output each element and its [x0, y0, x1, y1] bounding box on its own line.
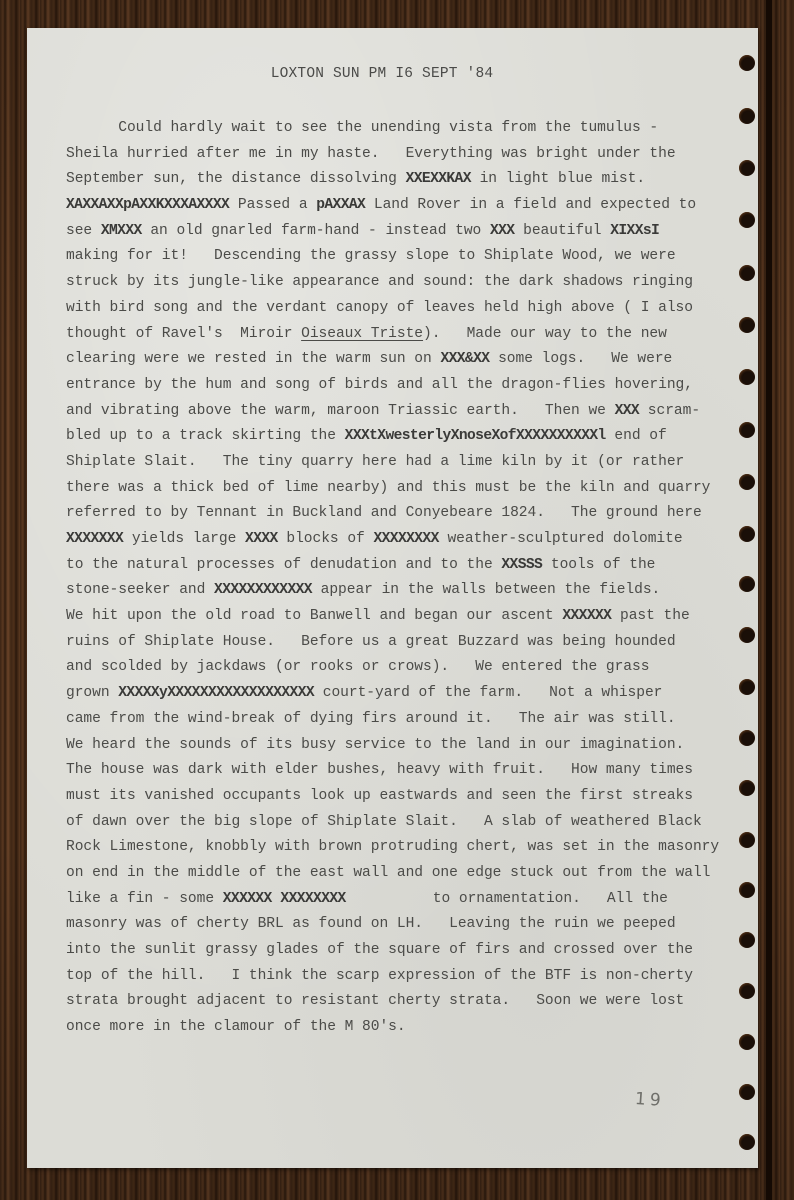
typed-line: top of the hill. I think the scarp expre…: [66, 964, 746, 990]
struck-out-text: XAXXAXXpAXXKXXXAXXXX: [66, 197, 229, 213]
struck-out-text: XXXXXXXXXXXX: [214, 582, 312, 598]
typed-line: strata brought adjacent to resistant che…: [66, 989, 746, 1015]
typed-line: to the natural processes of denudation a…: [66, 553, 746, 579]
typed-line: came from the wind-break of dying firs a…: [66, 707, 746, 733]
struck-out-text: XXXXXyXXXXXXXXXXXXXXXXXX: [118, 685, 314, 701]
typed-line: into the sunlit grassy glades of the squ…: [66, 938, 746, 964]
typed-line: masonry was of cherty BRL as found on LH…: [66, 912, 746, 938]
page-heading: LOXTON SUN PM I6 SEPT '84: [0, 66, 794, 82]
typed-line: stone-seeker and XXXXXXXXXXXX appear in …: [66, 578, 746, 604]
typed-line: on end in the middle of the east wall an…: [66, 861, 746, 887]
typed-line: Could hardly wait to see the unending vi…: [66, 116, 746, 142]
typed-line: of dawn over the big slope of Shiplate S…: [66, 810, 746, 836]
page-heading-text: LOXTON SUN PM I6 SEPT '84: [271, 66, 494, 82]
struck-out-text: XXXXXXX: [66, 531, 123, 547]
typed-line: with bird song and the verdant canopy of…: [66, 296, 746, 322]
struck-out-text: XXXXXXXX: [280, 891, 345, 907]
typed-line: see XMXXX an old gnarled farm-hand - ins…: [66, 219, 746, 245]
typed-line: grown XXXXXyXXXXXXXXXXXXXXXXXX court-yar…: [66, 681, 746, 707]
struck-out-text: XXXXXX: [223, 891, 272, 907]
wood-plank-gap: [766, 0, 772, 1200]
struck-out-text: XXXX: [245, 531, 278, 547]
typed-line: once more in the clamour of the M 80's.: [66, 1015, 746, 1041]
typed-line: like a fin - some XXXXXX XXXXXXXX to orn…: [66, 887, 746, 913]
typed-line: must its vanished occupants look up east…: [66, 784, 746, 810]
struck-out-text: XXEXXKAX: [406, 171, 471, 187]
typed-line: thought of Ravel's Miroir Oiseaux Triste…: [66, 322, 746, 348]
struck-out-text: XXX: [615, 403, 639, 419]
typed-body-text: Could hardly wait to see the unending vi…: [66, 116, 746, 1041]
struck-out-text: XXSSS: [501, 557, 542, 573]
typed-line: clearing were we rested in the warm sun …: [66, 347, 746, 373]
typed-line: entrance by the hum and song of birds an…: [66, 373, 746, 399]
typed-line: struck by its jungle-like appearance and…: [66, 270, 746, 296]
struck-out-text: XXXtXwesterlyXnoseXofXXXXXXXXXXl: [345, 428, 606, 444]
typed-line: Rock Limestone, knobbly with brown protr…: [66, 835, 746, 861]
struck-out-text: XXX: [490, 223, 514, 239]
tractor-feed-hole: [739, 1134, 755, 1150]
typed-line: and vibrating above the warm, maroon Tri…: [66, 399, 746, 425]
typed-line: Shiplate Slait. The tiny quarry here had…: [66, 450, 746, 476]
typed-line: XAXXAXXpAXXKXXXAXXXX Passed a pAXXAX Lan…: [66, 193, 746, 219]
typed-line: September sun, the distance dissolving X…: [66, 167, 746, 193]
tractor-feed-hole: [739, 1084, 755, 1100]
typed-line: there was a thick bed of lime nearby) an…: [66, 476, 746, 502]
typed-line: and scolded by jackdaws (or rooks or cro…: [66, 655, 746, 681]
struck-out-text: XXXXXX: [562, 608, 611, 624]
typed-line: ruins of Shiplate House. Before us a gre…: [66, 630, 746, 656]
underlined-title: Oiseaux Triste: [301, 326, 423, 342]
struck-out-text: pAXXAX: [316, 197, 365, 213]
typed-line: The house was dark with elder bushes, he…: [66, 758, 746, 784]
typed-line: XXXXXXX yields large XXXX blocks of XXXX…: [66, 527, 746, 553]
typed-line: making for it! Descending the grassy slo…: [66, 244, 746, 270]
handwritten-page-number: 19: [634, 1089, 665, 1111]
typed-line: Sheila hurried after me in my haste. Eve…: [66, 142, 746, 168]
struck-out-text: XXX&XX: [440, 351, 489, 367]
struck-out-text: XMXXX: [101, 223, 142, 239]
struck-out-text: XXXXXXXX: [373, 531, 438, 547]
typed-line: We hit upon the old road to Banwell and …: [66, 604, 746, 630]
struck-out-text: XIXXsI: [610, 223, 659, 239]
typed-line: referred to by Tennant in Buckland and C…: [66, 501, 746, 527]
typed-line: bled up to a track skirting the XXXtXwes…: [66, 424, 746, 450]
typed-line: We heard the sounds of its busy service …: [66, 733, 746, 759]
